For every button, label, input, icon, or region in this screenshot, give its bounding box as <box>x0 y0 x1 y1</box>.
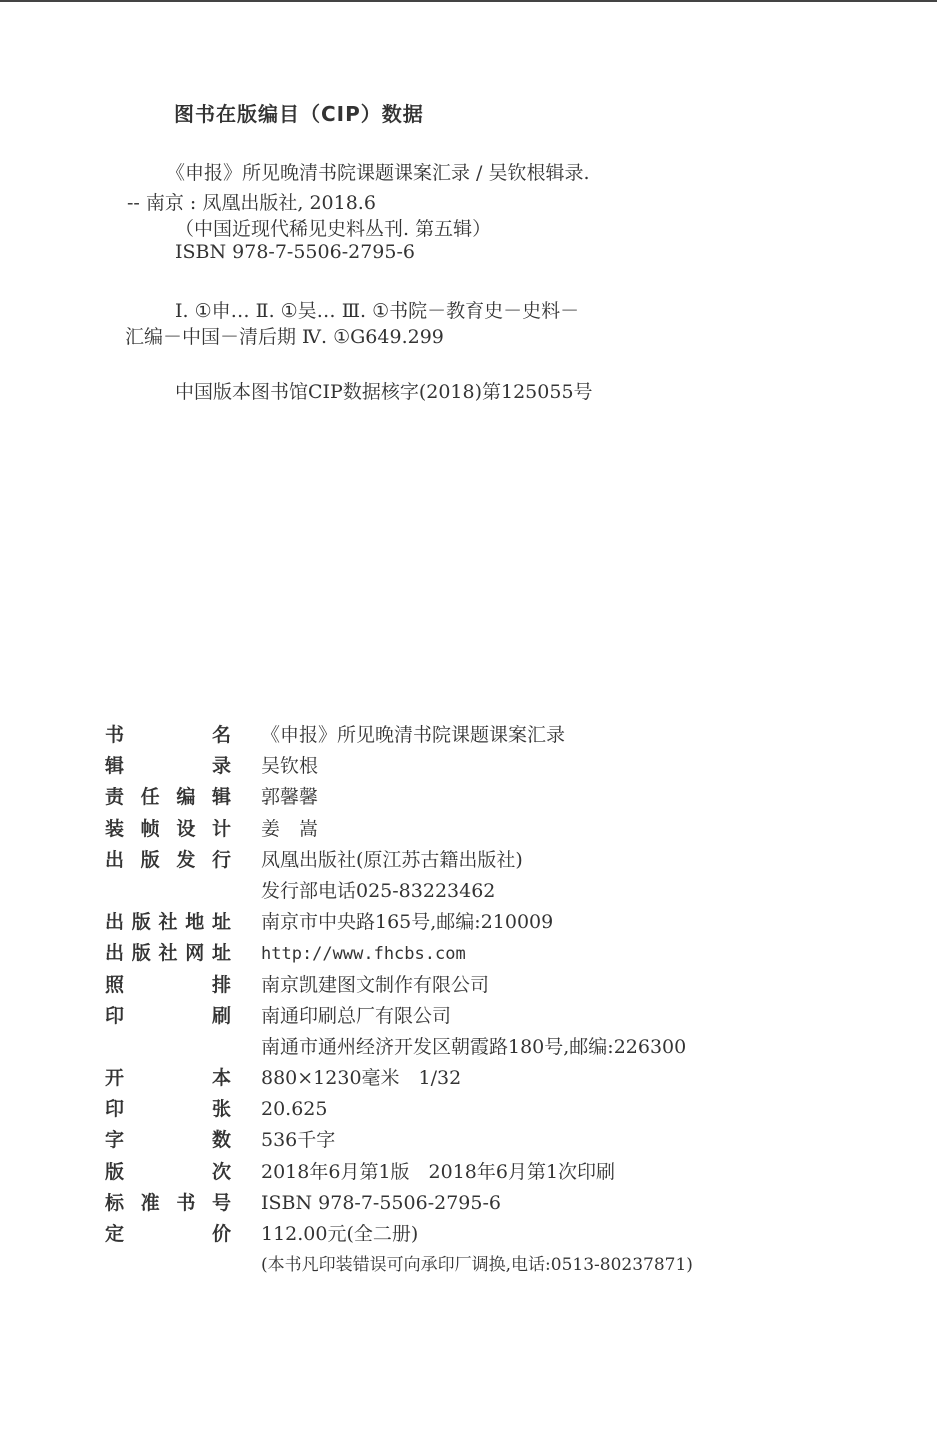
row-label: 开本 <box>105 1063 231 1090</box>
colophon-row-printer-address: 南通市通州经济开发区朝霞路180号,邮编:226300 <box>105 1032 825 1063</box>
row-label: 印刷 <box>105 1001 231 1028</box>
page-top-border <box>0 0 937 2</box>
row-value: 南通市通州经济开发区朝霞路180号,邮编:226300 <box>261 1032 686 1059</box>
row-label: 印张 <box>105 1094 231 1121</box>
colophon-row-address: 出版社地址 南京市中央路165号,邮编:210009 <box>105 907 825 938</box>
row-label: 版次 <box>105 1157 231 1184</box>
row-label: 定价 <box>105 1219 231 1246</box>
row-label: 辑录 <box>105 751 231 778</box>
colophon-row-format: 开本 880×1230毫米 1/32 <box>105 1063 825 1094</box>
row-value: 郭馨馨 <box>261 782 318 809</box>
row-label: 责任编辑 <box>105 782 231 809</box>
cip-series-line: （中国近现代稀见史料丛刊. 第五辑） <box>175 214 491 241</box>
row-label: 字数 <box>105 1125 231 1152</box>
cip-subject-line-2: 汇编－中国－清后期 Ⅳ. ①G649.299 <box>125 322 444 349</box>
colophon-table: 书名 《申报》所见晚清书院课题课案汇录 辑录 吴钦根 责任编辑 郭馨馨 装帧设计… <box>105 720 825 1281</box>
row-value: ISBN 978-7-5506-2795-6 <box>261 1192 501 1214</box>
colophon-row-publisher-phone: 发行部电话025-83223462 <box>105 876 825 907</box>
cip-subject-line-1: Ⅰ. ①申… Ⅱ. ①吴… Ⅲ. ①书院－教育史－史料－ <box>175 296 579 323</box>
colophon-row-title: 书名 《申报》所见晚清书院课题课案汇录 <box>105 720 825 751</box>
colophon-row-word-count: 字数 536千字 <box>105 1125 825 1156</box>
colophon-row-typesetting: 照排 南京凯建图文制作有限公司 <box>105 970 825 1001</box>
row-value: 《申报》所见晚清书院课题课案汇录 <box>261 720 565 747</box>
colophon-row-price: 定价 112.00元(全二册) <box>105 1219 825 1250</box>
row-value: 南京市中央路165号,邮编:210009 <box>261 907 553 934</box>
cip-title-line: 《申报》所见晚清书院课题课案汇录 / 吴钦根辑录. <box>166 158 590 185</box>
colophon-row-sheets: 印张 20.625 <box>105 1094 825 1125</box>
colophon-row-isbn: 标准书号 ISBN 978-7-5506-2795-6 <box>105 1188 825 1219</box>
colophon-row-edition: 版次 2018年6月第1版 2018年6月第1次印刷 <box>105 1157 825 1188</box>
row-label: 出版社地址 <box>105 907 231 934</box>
row-value: 536千字 <box>261 1125 335 1152</box>
row-label: 出版社网址 <box>105 938 231 965</box>
row-value: 112.00元(全二册) <box>261 1219 418 1246</box>
row-value: 吴钦根 <box>261 751 318 778</box>
row-label: 出版发行 <box>105 845 231 872</box>
colophon-row-printer: 印刷 南通印刷总厂有限公司 <box>105 1001 825 1032</box>
row-label: 装帧设计 <box>105 814 231 841</box>
colophon-row-publisher: 出版发行 凤凰出版社(原江苏古籍出版社) <box>105 845 825 876</box>
row-value: 南通印刷总厂有限公司 <box>261 1001 451 1028</box>
row-value: 凤凰出版社(原江苏古籍出版社) <box>261 845 523 872</box>
cip-isbn-line: ISBN 978-7-5506-2795-6 <box>175 241 415 263</box>
row-value: 姜 嵩 <box>261 814 318 841</box>
row-value: 2018年6月第1版 2018年6月第1次印刷 <box>261 1157 615 1184</box>
colophon-row-note: (本书凡印装错误可向承印厂调换,电话:0513-80237871) <box>105 1250 825 1281</box>
row-value: 20.625 <box>261 1098 327 1120</box>
row-value: 发行部电话025-83223462 <box>261 876 495 903</box>
cip-heading: 图书在版编目（CIP）数据 <box>174 98 424 127</box>
website-link: http://www.fhcbs.com <box>261 944 466 964</box>
colophon-row-designer: 装帧设计 姜 嵩 <box>105 814 825 845</box>
row-value: (本书凡印装错误可向承印厂调换,电话:0513-80237871) <box>261 1250 693 1275</box>
row-value: 880×1230毫米 1/32 <box>261 1063 461 1090</box>
colophon-row-editor: 责任编辑 郭馨馨 <box>105 782 825 813</box>
row-label: 照排 <box>105 970 231 997</box>
row-label: 标准书号 <box>105 1188 231 1215</box>
colophon-row-website: 出版社网址 http://www.fhcbs.com <box>105 938 825 969</box>
colophon-row-compiler: 辑录 吴钦根 <box>105 751 825 782</box>
cip-record-number: 中国版本图书馆CIP数据核字(2018)第125055号 <box>175 377 593 404</box>
row-label: 书名 <box>105 720 231 747</box>
row-value: 南京凯建图文制作有限公司 <box>261 970 489 997</box>
cip-publisher-line: -- 南京 : 凤凰出版社, 2018.6 <box>127 188 376 215</box>
